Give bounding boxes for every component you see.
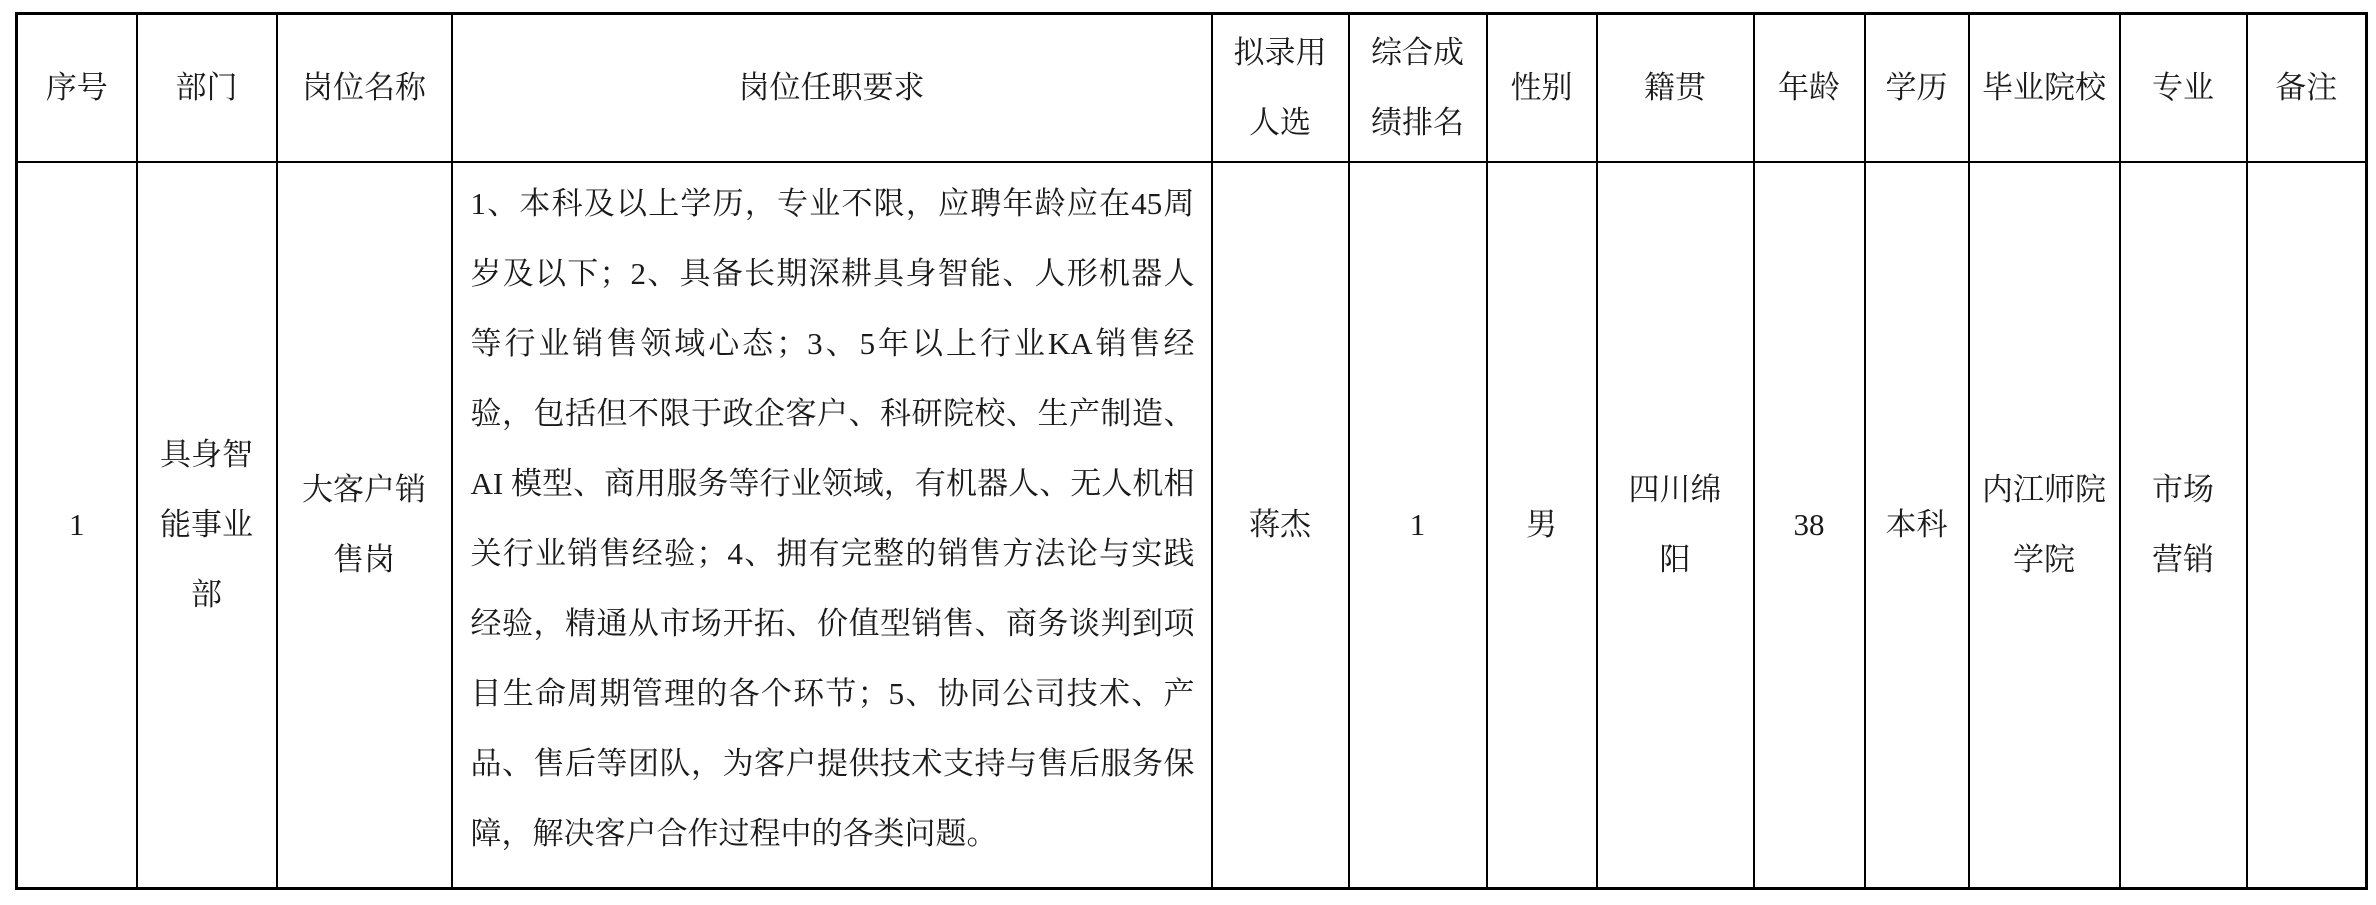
cell-candidate: 蒋杰 xyxy=(1212,162,1349,889)
age-value: 38 xyxy=(1761,490,1858,560)
header-rank-label: 综合成绩排名 xyxy=(1369,18,1467,158)
cell-remarks xyxy=(2247,162,2367,889)
candidate-value: 蒋杰 xyxy=(1219,490,1342,560)
cell-position: 大客户销售岗 xyxy=(277,162,452,889)
cell-department: 具身智能事业部 xyxy=(137,162,277,889)
cell-rank: 1 xyxy=(1349,162,1487,889)
header-age-label: 年龄 xyxy=(1761,53,1858,123)
header-age: 年龄 xyxy=(1754,14,1865,162)
cell-gender: 男 xyxy=(1487,162,1597,889)
cell-seq: 1 xyxy=(17,162,137,889)
cell-major: 市场营销 xyxy=(2120,162,2247,889)
position-value: 大客户销售岗 xyxy=(300,455,429,595)
header-gender-label: 性别 xyxy=(1494,53,1590,123)
header-department: 部门 xyxy=(137,14,277,162)
cell-requirements: 1、本科及以上学历，专业不限，应聘年龄应在45周岁及以下；2、具备长期深耕具身智… xyxy=(452,162,1212,889)
header-requirements: 岗位任职要求 xyxy=(452,14,1212,162)
header-rank: 综合成绩排名 xyxy=(1349,14,1487,162)
header-education-label: 学历 xyxy=(1872,53,1962,123)
rank-value: 1 xyxy=(1356,490,1480,560)
gender-value: 男 xyxy=(1494,490,1590,560)
education-value: 本科 xyxy=(1872,490,1962,560)
cell-age: 38 xyxy=(1754,162,1865,889)
header-major-label: 专业 xyxy=(2127,53,2240,123)
header-major: 专业 xyxy=(2120,14,2247,162)
header-position: 岗位名称 xyxy=(277,14,452,162)
header-education: 学历 xyxy=(1865,14,1969,162)
header-seq: 序号 xyxy=(17,14,137,162)
header-position-label: 岗位名称 xyxy=(284,53,445,123)
header-requirements-label: 岗位任职要求 xyxy=(459,53,1205,123)
school-value: 内江师院学院 xyxy=(1980,455,2109,595)
header-candidate: 拟录用人选 xyxy=(1212,14,1349,162)
header-seq-label: 序号 xyxy=(24,53,130,123)
seq-value: 1 xyxy=(24,490,130,560)
header-remarks: 备注 xyxy=(2247,14,2367,162)
requirements-text: 1、本科及以上学历，专业不限，应聘年龄应在45周岁及以下；2、具备长期深耕具身智… xyxy=(471,169,1195,869)
header-native-place: 籍贯 xyxy=(1597,14,1754,162)
cell-school: 内江师院学院 xyxy=(1969,162,2120,889)
cell-native-place: 四川绵阳 xyxy=(1597,162,1754,889)
major-value: 市场营销 xyxy=(2150,455,2217,595)
table-row: 1 具身智能事业部 大客户销售岗 1、本科及以上学历，专业不限，应聘年龄应在45… xyxy=(17,162,2367,889)
header-department-label: 部门 xyxy=(144,53,270,123)
header-gender: 性别 xyxy=(1487,14,1597,162)
header-school: 毕业院校 xyxy=(1969,14,2120,162)
header-row: 序号 部门 岗位名称 岗位任职要求 拟录用人选 综合成绩排名 性别 籍贯 年龄 … xyxy=(17,14,2367,162)
native-place-value: 四川绵阳 xyxy=(1626,455,1724,595)
header-native-place-label: 籍贯 xyxy=(1604,53,1747,123)
cell-education: 本科 xyxy=(1865,162,1969,889)
header-candidate-label: 拟录用人选 xyxy=(1231,18,1329,158)
document-page: 序号 部门 岗位名称 岗位任职要求 拟录用人选 综合成绩排名 性别 籍贯 年龄 … xyxy=(0,0,2376,905)
department-value: 具身智能事业部 xyxy=(158,420,256,630)
header-school-label: 毕业院校 xyxy=(1976,53,2113,123)
recruitment-table: 序号 部门 岗位名称 岗位任职要求 拟录用人选 综合成绩排名 性别 籍贯 年龄 … xyxy=(15,12,2368,890)
header-remarks-label: 备注 xyxy=(2254,53,2360,123)
